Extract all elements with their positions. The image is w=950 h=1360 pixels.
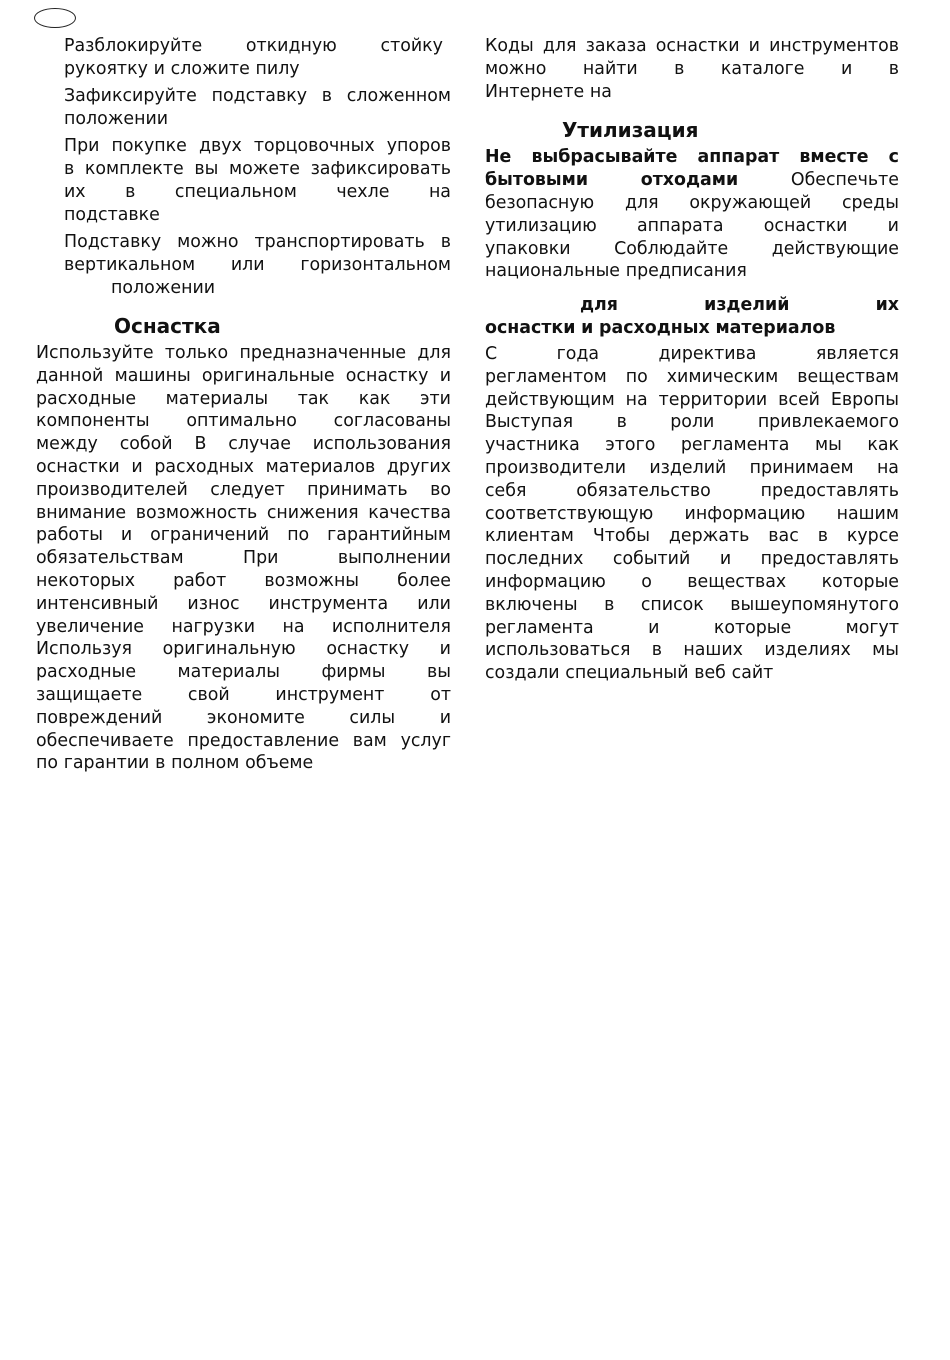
section-title-disposal: Утилизация <box>562 117 698 143</box>
catalog-text-line: Интернетена <box>485 81 899 104</box>
accessories-text-line: поврежденийэкономитесилыи <box>36 707 451 730</box>
accessories-text-line: обеспечиваетепредоставлениевамуслуг <box>36 730 451 753</box>
reach-text-line: использоватьсявнашихизделияхмы <box>485 639 899 662</box>
bullet-3-line: Припокупкедвухторцовочныхупоров <box>64 135 451 158</box>
bullet-4-line: Подставкуможнотранспортироватьв <box>64 231 451 254</box>
catalog-text-line: Кодыдлязаказаоснасткииинструментов <box>485 35 899 58</box>
accessories-text-line: компонентыоптимальносогласованы <box>36 410 451 433</box>
accessories-text-line: расходныематериалыфирмывы <box>36 661 451 684</box>
accessories-text-line: некоторыхработвозможныболее <box>36 570 451 593</box>
reach-text-line: Выступаявролипривлекаемого <box>485 411 899 434</box>
bullet-3-line: вкомплектевыможетезафиксировать <box>64 158 451 181</box>
reach-text-line: соответствующуюинформациюнашим <box>485 503 899 526</box>
disposal-warning-line: бытовымиотходамиОбеспечьте <box>485 169 899 192</box>
accessories-text-line: расходныематериалытаккакэти <box>36 388 451 411</box>
catalog-text-line: можнонайтивкаталогеив <box>485 58 899 81</box>
reach-text-line: регламентомпохимическимвеществам <box>485 366 899 389</box>
bullet-2-line: положении <box>64 108 451 131</box>
bullet-3-line: подставке <box>64 204 451 227</box>
reach-text-line: регламентаикоторыемогут <box>485 617 899 640</box>
accessories-text-line: междусобойВслучаеиспользования <box>36 433 451 456</box>
disposal-text-line: безопаснуюдляокружающейсреды <box>485 192 899 215</box>
accessories-text-line: погарантиивполномобъеме <box>36 752 451 775</box>
accessories-text-line: обязательствамПривыполнении <box>36 547 451 570</box>
accessories-text-line: Используйтетолькопредназначенныедля <box>36 342 451 365</box>
bullet-3-line: ихвспециальномчехлена <box>64 181 451 204</box>
accessories-text-line: данноймашиныоригинальныеоснасткуи <box>36 365 451 388</box>
accessories-text-line: вниманиевозможностьснижениякачества <box>36 502 451 525</box>
reach-text-line: создалиспециальныйвебсайт <box>485 662 899 685</box>
disposal-text-line: упаковкиСоблюдайтедействующие <box>485 238 899 261</box>
accessories-text-line: увеличениенагрузкинаисполнителя <box>36 616 451 639</box>
reach-text-line: клиентамЧтобыдержатьвасвкурсе <box>485 525 899 548</box>
bullet-4-line: положении <box>111 277 498 300</box>
accessories-text-line: оснасткиирасходныхматериаловдругих <box>36 456 451 479</box>
reach-text-line: себяобязательствопредоставлять <box>485 480 899 503</box>
accessories-text-line: защищаетесвойинструментот <box>36 684 451 707</box>
section-title-accessories: Оснастка <box>114 313 221 339</box>
language-badge <box>34 8 76 28</box>
accessories-text-line: производителейследуетприниматьво <box>36 479 451 502</box>
reach-text-line: участникаэтогорегламентамыкак <box>485 434 899 457</box>
section-title-reach: дляизделийих <box>580 294 899 317</box>
reach-text-line: Сгодадирективаявляется <box>485 343 899 366</box>
accessories-text-line: Используяоригинальнуюоснасткуи <box>36 638 451 661</box>
bullet-2-line: Зафиксируйтеподставкувсложенном <box>64 85 451 108</box>
bullet-1-line: рукояткуисложитепилу <box>64 58 451 81</box>
accessories-text-line: работыиограниченийпогарантийным <box>36 524 451 547</box>
reach-text-line: действующимнатерриториивсейЕвропы <box>485 389 899 412</box>
disposal-text-line: утилизациюаппаратаоснасткии <box>485 215 899 238</box>
bullet-4-line: вертикальномилигоризонтальном <box>64 254 451 277</box>
reach-text-line: информациюовеществахкоторые <box>485 571 899 594</box>
disposal-warning-line: Невыбрасывайтеаппаратвместес <box>485 146 899 169</box>
section-title-reach: оснасткиирасходныхматериалов <box>485 317 899 340</box>
disposal-text-line: национальныепредписания <box>485 260 899 283</box>
reach-text-line: включенывсписоквышеупомянутого <box>485 594 899 617</box>
bullet-1-line: Разблокируйтеоткиднуюстойку <box>64 35 443 58</box>
reach-text-line: производителиизделийпринимаемна <box>485 457 899 480</box>
accessories-text-line: интенсивныйизносинструментаили <box>36 593 451 616</box>
reach-text-line: последнихсобытийипредоставлять <box>485 548 899 571</box>
